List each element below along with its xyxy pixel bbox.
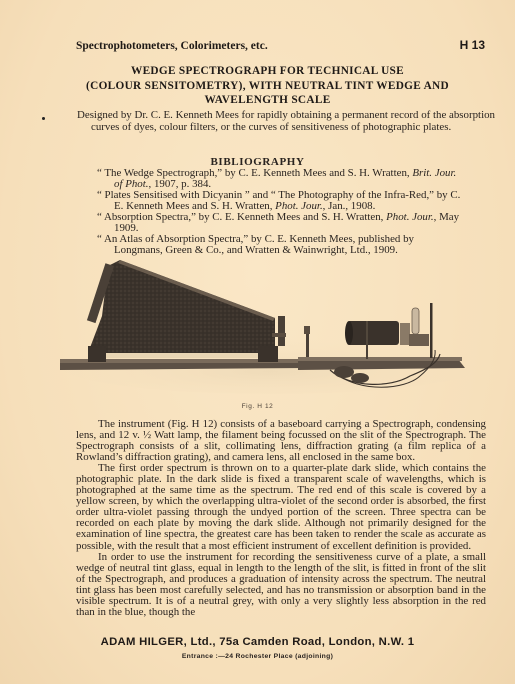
article-title: WEDGE SPECTROGRAPH FOR TECHNICAL USE (CO…: [40, 64, 495, 108]
entrance-note: Entrance :—24 Rochester Place (adjoining…: [0, 653, 515, 660]
bibliography-entry: “ An Atlas of Absorption Spectra,” by C.…: [97, 234, 461, 256]
margin-mark: [42, 117, 45, 120]
bibliography-entry: “ Absorption Spectra,” by C. E. Kenneth …: [97, 212, 461, 234]
body-paragraph: The instrument (Fig. H 12) consists of a…: [76, 419, 486, 463]
title-line: WEDGE SPECTROGRAPH FOR TECHNICAL USE: [40, 64, 495, 79]
spectrograph-illustration: [60, 258, 480, 396]
section-title: Spectrophotometers, Colorimeters, etc.: [76, 40, 268, 52]
bibliography-entry: “ The Wedge Spectrograph,” by C. E. Kenn…: [97, 168, 461, 190]
bibliography-entry: “ Plates Sensitised with Dicyanin ” and …: [97, 190, 461, 212]
title-line: (COLOUR SENSITOMETRY), WITH NEUTRAL TINT…: [40, 79, 495, 94]
running-header: Spectrophotometers, Colorimeters, etc. H…: [76, 38, 485, 52]
page-number: H 13: [460, 38, 485, 52]
body-paragraph: The first order spectrum is thrown on to…: [76, 463, 486, 551]
intro-paragraph: Designed by Dr. C. E. Kenneth Mees for r…: [77, 110, 495, 133]
spectrograph-photo: [60, 258, 480, 396]
figure-caption: Fig. H 12: [0, 403, 515, 410]
body-text: The instrument (Fig. H 12) consists of a…: [76, 419, 486, 618]
publisher-address: ADAM HILGER, Ltd., 75a Camden Road, Lond…: [0, 636, 515, 648]
document-page: Spectrophotometers, Colorimeters, etc. H…: [0, 0, 515, 684]
publisher-footer: ADAM HILGER, Ltd., 75a Camden Road, Lond…: [0, 636, 515, 660]
body-paragraph: In order to use the instrument for recor…: [76, 552, 486, 618]
title-line: WAVELENGTH SCALE: [40, 93, 495, 108]
bibliography-list: “ The Wedge Spectrograph,” by C. E. Kenn…: [97, 168, 461, 256]
